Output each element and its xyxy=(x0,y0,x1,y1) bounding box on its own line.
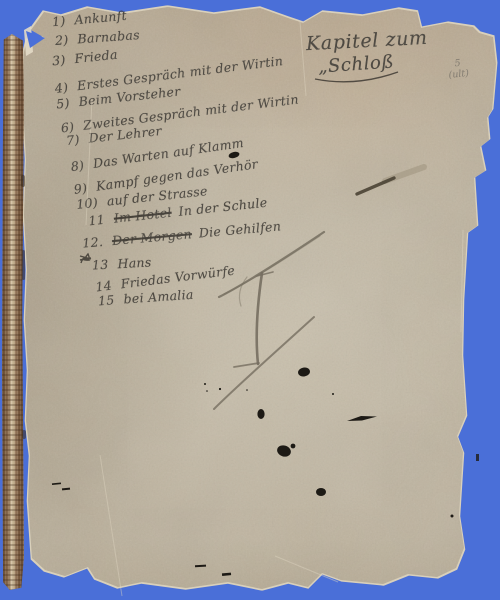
item-number: 7) xyxy=(65,132,80,148)
item-number: 4) xyxy=(54,79,69,96)
item-number: 11 xyxy=(88,212,106,229)
item-title: Die Gehilfen xyxy=(198,218,281,240)
struck-item-title: Im Hotel xyxy=(113,205,172,226)
manuscript-photo: Kapitel zum „Schloß 5 (ult) 1)Ankunft 2)… xyxy=(0,0,500,600)
chapter-list-item: 1)Ankunft xyxy=(51,8,127,29)
chapter-list-item: 13Hans xyxy=(92,254,152,272)
handwriting-layer: Kapitel zum „Schloß 5 (ult) 1)Ankunft 2)… xyxy=(0,0,500,600)
page-title-line2: „Schloß xyxy=(317,51,394,77)
chapter-list-item: 2)Barnabas xyxy=(55,27,141,48)
folio-note: 5 (ult) xyxy=(447,57,470,81)
item-number: 1) xyxy=(51,13,66,29)
item-number: 13 xyxy=(92,257,109,273)
item-number: 8) xyxy=(70,157,85,174)
struck-item-title: Der Morgen xyxy=(111,226,192,248)
item-title: Frieda xyxy=(74,47,119,66)
item-number: 5) xyxy=(56,95,71,111)
item-title: Barnabas xyxy=(77,27,140,46)
item-number: 9) xyxy=(73,180,88,197)
folio-note-line2: (ult) xyxy=(448,68,469,81)
item-number: 12. xyxy=(82,234,104,251)
item-number: 3) xyxy=(51,52,66,68)
item-title: Ankunft xyxy=(74,8,128,28)
item-number: 2) xyxy=(55,32,69,48)
item-number: 10) xyxy=(76,195,99,212)
item-number: 15 xyxy=(98,292,116,308)
item-title: Hans xyxy=(117,254,152,271)
page-title-line1: Kapitel zum xyxy=(306,27,429,55)
chapter-list-item: 3)Frieda xyxy=(51,47,118,69)
